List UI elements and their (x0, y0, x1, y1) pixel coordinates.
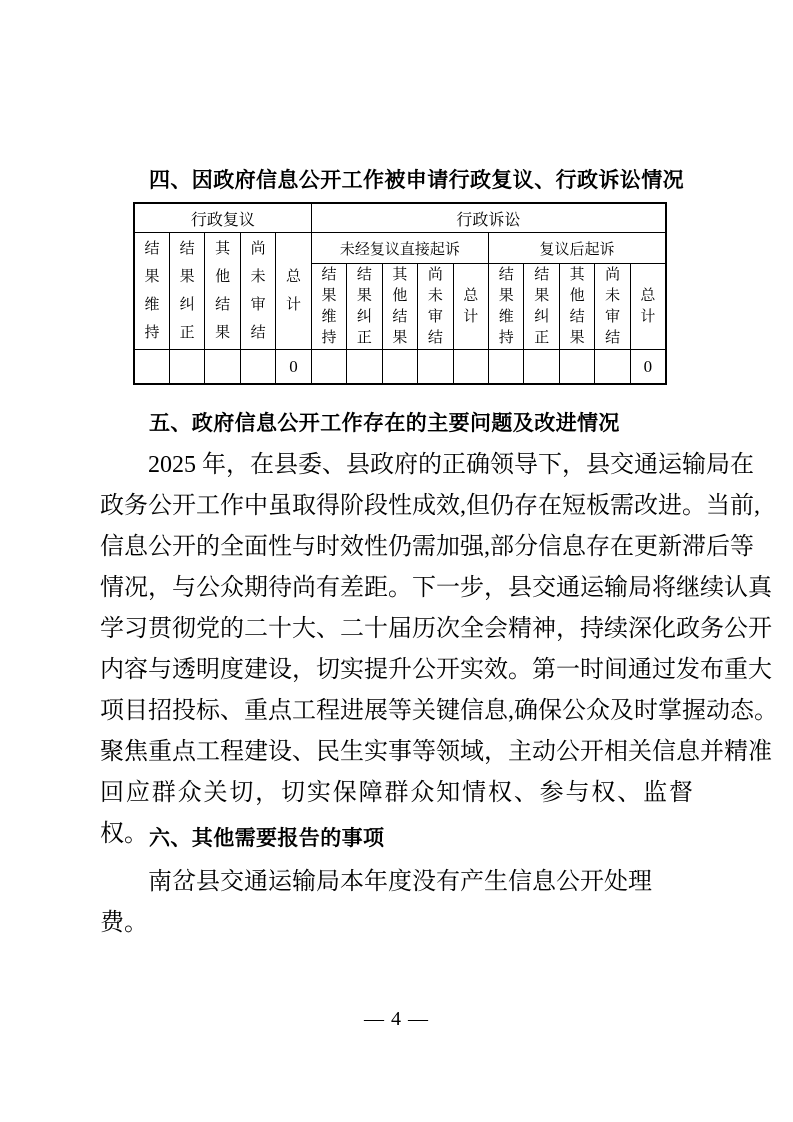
col-header-result-upheld: 结果维持 (134, 233, 169, 350)
cell-value (524, 350, 559, 385)
cell-value (205, 350, 240, 385)
paragraph-line: 政务公开工作中虽取得阶段性成效,但仍存在短板需改进。当前, (100, 486, 693, 527)
page-number: — 4 — (0, 1008, 793, 1031)
cell-value-total: 0 (276, 350, 311, 385)
review-litigation-table: 行政复议 行政诉讼 结果维持 结果纠正 其他结果 尚未审结 总计 未经复议直接起… (133, 202, 667, 385)
cell-value (134, 350, 169, 385)
cell-value (418, 350, 453, 385)
col-header-result-corrected: 结果纠正 (347, 264, 382, 350)
table-subgroup-row: 结果维持 结果纠正 其他结果 尚未审结 总计 未经复议直接起诉 复议后起诉 (134, 233, 666, 264)
section5-heading: 五、政府信息公开工作存在的主要问题及改进情况 (100, 412, 693, 435)
table-group-header-row: 行政复议 行政诉讼 (134, 203, 666, 233)
cell-value (595, 350, 630, 385)
paragraph-line: 情况，与公众期待尚有差距。下一步，县交通运输局将继续认真 (100, 568, 693, 609)
document-page: 四、因政府信息公开工作被申请行政复议、行政诉讼情况 行政复议 行政诉讼 结果维持… (0, 0, 793, 1122)
col-header-other-result: 其他结果 (382, 264, 417, 350)
paragraph-line: 2025 年，在县委、县政府的正确领导下，县交通运输局在 (100, 445, 693, 486)
paragraph-line: 回应群众关切，切实保障群众知情权、参与权、监督权。 (100, 773, 693, 814)
cell-value (169, 350, 204, 385)
cell-value (240, 350, 275, 385)
col-header-other-result: 其他结果 (205, 233, 240, 350)
col-header-result-upheld: 结果维持 (489, 264, 524, 350)
col-header-total: 总计 (630, 264, 666, 350)
cell-value (489, 350, 524, 385)
cell-value-total: 0 (630, 350, 666, 385)
col-header-pending: 尚未审结 (240, 233, 275, 350)
col-header-result-corrected: 结果纠正 (169, 233, 204, 350)
cell-value (347, 350, 382, 385)
section4-heading: 四、因政府信息公开工作被申请行政复议、行政诉讼情况 (100, 169, 693, 192)
paragraph-line: 内容与透明度建设，切实提升公开实效。第一时间通过发布重大 (100, 650, 693, 691)
cell-value-total (453, 350, 488, 385)
paragraph-line: 聚焦重点工程建设、民生实事等领域，主动公开相关信息并精准 (100, 732, 693, 773)
col-header-pending: 尚未审结 (418, 264, 453, 350)
table-data-row: 0 0 (134, 350, 666, 385)
col-header-result-corrected: 结果纠正 (524, 264, 559, 350)
cell-value (382, 350, 417, 385)
cell-value (559, 350, 594, 385)
group-admin-litigation: 行政诉讼 (311, 203, 666, 233)
paragraph-line: 信息公开的全面性与时效性仍需加强,部分信息存在更新滞后等 (100, 527, 693, 568)
cell-value (311, 350, 346, 385)
paragraph-line: 学习贯彻党的二十大、二十届历次全会精神，持续深化政务公开 (100, 609, 693, 650)
group-admin-review: 行政复议 (134, 203, 311, 233)
col-header-total: 总计 (276, 233, 311, 350)
col-header-total: 总计 (453, 264, 488, 350)
section6-text: 南岔县交通运输局本年度没有产生信息公开处理费。 (100, 862, 693, 944)
document-content: 四、因政府信息公开工作被申请行政复议、行政诉讼情况 行政复议 行政诉讼 结果维持… (100, 169, 693, 944)
section5-paragraph: 2025 年，在县委、县政府的正确领导下，县交通运输局在 政务公开工作中虽取得阶… (100, 445, 693, 814)
subgroup-direct-lawsuit: 未经复议直接起诉 (311, 233, 488, 264)
section6-heading: 六、其他需要报告的事项 (100, 827, 693, 850)
subgroup-lawsuit-after-review: 复议后起诉 (489, 233, 666, 264)
paragraph-line: 项目招投标、重点工程进展等关键信息,确保公众及时掌握动态。 (100, 691, 693, 732)
col-header-pending: 尚未审结 (595, 264, 630, 350)
col-header-result-upheld: 结果维持 (311, 264, 346, 350)
col-header-other-result: 其他结果 (559, 264, 594, 350)
